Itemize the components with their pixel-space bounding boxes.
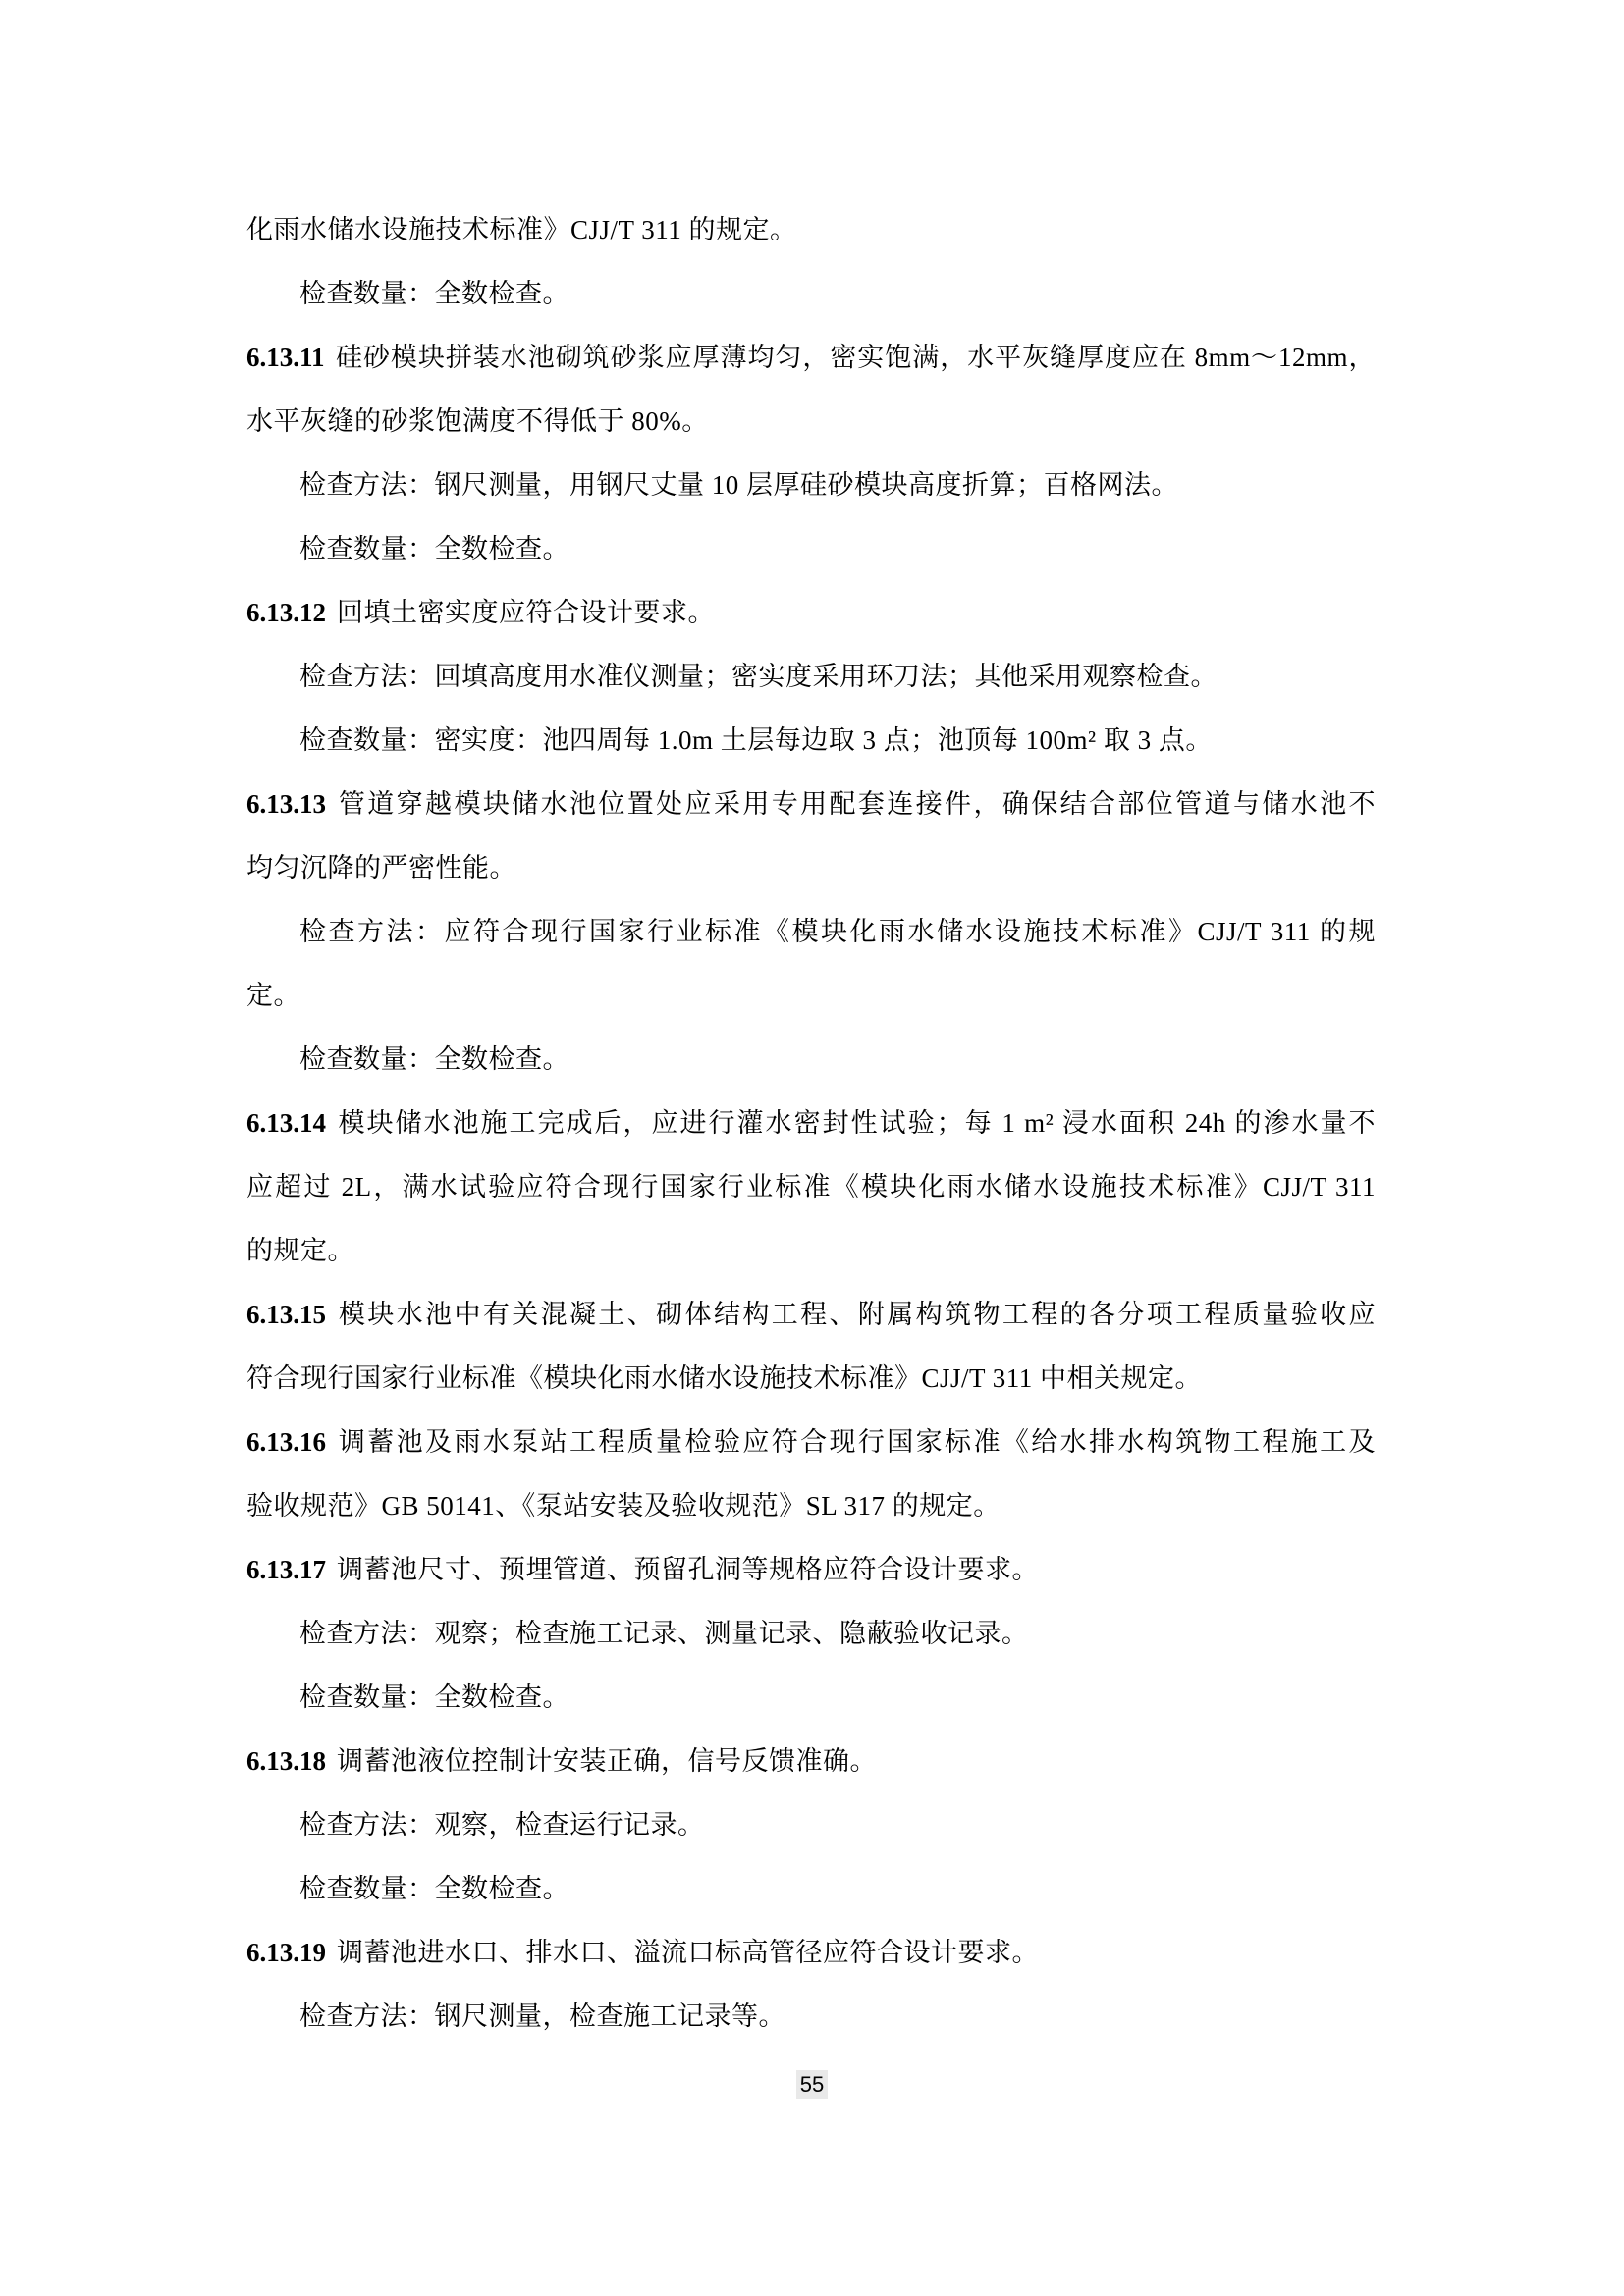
text-line: 6.13.15模块水池中有关混凝土、砌体结构工程、附属构筑物工程的各分项工程质量… [246, 1283, 1376, 1347]
line-text: 模块水池中有关混凝土、砌体结构工程、附属构筑物工程的各分项工程质量验收应 [337, 1300, 1376, 1329]
text-line: 检查数量：全数检查。 [246, 1666, 1376, 1730]
section-number: 6.13.15 [246, 1300, 326, 1329]
line-text: 应超过 2L，满水试验应符合现行国家行业标准《模块化雨水储水设施技术标准》CJJ… [246, 1172, 1376, 1201]
text-line: 检查数量：全数检查。 [246, 1857, 1376, 1921]
section-number: 6.13.11 [246, 343, 325, 372]
line-text: 验收规范》GB 50141、《泵站安装及验收规范》SL 317 的规定。 [246, 1491, 1001, 1521]
line-text: 调蓄池液位控制计安装正确，信号反馈准确。 [337, 1746, 877, 1776]
text-line: 6.13.13管道穿越模块储水池位置处应采用专用配套连接件，确保结合部位管道与储… [246, 773, 1376, 836]
line-text: 检查数量：全数检查。 [299, 1874, 569, 1903]
section-number: 6.13.16 [246, 1427, 326, 1457]
line-text: 硅砂模块拼装水池砌筑砂浆应厚薄均匀，密实饱满，水平灰缝厚度应在 8mm～12mm… [336, 343, 1376, 372]
line-text: 回填土密实度应符合设计要求。 [337, 598, 715, 627]
line-text: 检查数量：全数检查。 [299, 534, 569, 563]
section-number: 6.13.19 [246, 1938, 326, 1967]
text-line: 应超过 2L，满水试验应符合现行国家行业标准《模块化雨水储水设施技术标准》CJJ… [246, 1155, 1376, 1219]
text-line: 验收规范》GB 50141、《泵站安装及验收规范》SL 317 的规定。 [246, 1474, 1376, 1538]
line-text: 模块储水池施工完成后，应进行灌水密封性试验；每 1 m² 浸水面积 24h 的渗… [337, 1108, 1376, 1138]
text-line: 定。 [246, 964, 1376, 1028]
text-line: 检查方法：回填高度用水准仪测量；密实度采用环刀法；其他采用观察检查。 [246, 645, 1376, 709]
section-number: 6.13.14 [246, 1108, 326, 1138]
line-text: 化雨水储水设施技术标准》CJJ/T 311 的规定。 [246, 215, 797, 244]
line-text: 检查数量：全数检查。 [299, 1682, 569, 1712]
line-text: 管道穿越模块储水池位置处应采用专用配套连接件，确保结合部位管道与储水池不 [337, 789, 1376, 819]
section-number: 6.13.13 [246, 789, 326, 819]
text-line: 符合现行国家行业标准《模块化雨水储水设施技术标准》CJJ/T 311 中相关规定… [246, 1347, 1376, 1411]
line-text: 调蓄池及雨水泵站工程质量检验应符合现行国家标准《给水排水构筑物工程施工及 [337, 1427, 1376, 1457]
text-line: 检查数量：全数检查。 [246, 262, 1376, 326]
line-text: 检查方法：观察，检查运行记录。 [299, 1810, 705, 1840]
page-number: 55 [796, 2070, 828, 2099]
section-number: 6.13.17 [246, 1555, 326, 1584]
text-line: 检查数量：全数检查。 [246, 517, 1376, 581]
text-line: 6.13.16调蓄池及雨水泵站工程质量检验应符合现行国家标准《给水排水构筑物工程… [246, 1411, 1376, 1474]
text-line: 检查数量：密实度：池四周每 1.0m 土层每边取 3 点；池顶每 100m² 取… [246, 709, 1376, 773]
document-page: 化雨水储水设施技术标准》CJJ/T 311 的规定。检查数量：全数检查。6.13… [0, 0, 1624, 2296]
text-line: 检查方法：钢尺测量，用钢尺丈量 10 层厚硅砂模块高度折算；百格网法。 [246, 454, 1376, 517]
line-text: 检查方法：应符合现行国家行业标准《模块化雨水储水设施技术标准》CJJ/T 311… [299, 917, 1376, 946]
line-text: 调蓄池尺寸、预埋管道、预留孔洞等规格应符合设计要求。 [337, 1555, 1039, 1584]
text-line: 检查方法：钢尺测量，检查施工记录等。 [246, 1985, 1376, 2049]
line-text: 水平灰缝的砂浆饱满度不得低于 80%。 [246, 406, 709, 436]
line-text: 检查数量：全数检查。 [299, 1044, 569, 1074]
text-line: 6.13.18调蓄池液位控制计安装正确，信号反馈准确。 [246, 1730, 1376, 1793]
line-text: 检查方法：钢尺测量，用钢尺丈量 10 层厚硅砂模块高度折算；百格网法。 [299, 470, 1178, 500]
section-number: 6.13.12 [246, 598, 326, 627]
line-text: 调蓄池进水口、排水口、溢流口标高管径应符合设计要求。 [337, 1938, 1039, 1967]
text-line: 6.13.11硅砂模块拼装水池砌筑砂浆应厚薄均匀，密实饱满，水平灰缝厚度应在 8… [246, 326, 1376, 390]
section-number: 6.13.18 [246, 1746, 326, 1776]
text-line: 化雨水储水设施技术标准》CJJ/T 311 的规定。 [246, 198, 1376, 262]
text-line: 6.13.14模块储水池施工完成后，应进行灌水密封性试验；每 1 m² 浸水面积… [246, 1092, 1376, 1155]
text-line: 检查方法：观察，检查运行记录。 [246, 1793, 1376, 1857]
text-line: 6.13.12回填土密实度应符合设计要求。 [246, 581, 1376, 645]
line-text: 检查方法：回填高度用水准仪测量；密实度采用环刀法；其他采用观察检查。 [299, 662, 1218, 691]
page-footer: 55 [0, 2064, 1624, 2109]
line-text: 符合现行国家行业标准《模块化雨水储水设施技术标准》CJJ/T 311 中相关规定… [246, 1363, 1202, 1393]
text-line: 检查数量：全数检查。 [246, 1028, 1376, 1092]
line-text: 定。 [246, 981, 300, 1010]
line-text: 检查方法：观察；检查施工记录、测量记录、隐蔽验收记录。 [299, 1619, 1029, 1648]
text-line: 检查方法：观察；检查施工记录、测量记录、隐蔽验收记录。 [246, 1602, 1376, 1666]
line-text: 的规定。 [246, 1236, 354, 1265]
document-body: 化雨水储水设施技术标准》CJJ/T 311 的规定。检查数量：全数检查。6.13… [246, 198, 1376, 2049]
text-line: 均匀沉降的严密性能。 [246, 836, 1376, 900]
text-line: 的规定。 [246, 1219, 1376, 1283]
text-line: 水平灰缝的砂浆饱满度不得低于 80%。 [246, 390, 1376, 454]
text-line: 6.13.19调蓄池进水口、排水口、溢流口标高管径应符合设计要求。 [246, 1921, 1376, 1985]
line-text: 检查数量：密实度：池四周每 1.0m 土层每边取 3 点；池顶每 100m² 取… [299, 725, 1213, 755]
line-text: 均匀沉降的严密性能。 [246, 853, 516, 882]
text-line: 6.13.17调蓄池尺寸、预埋管道、预留孔洞等规格应符合设计要求。 [246, 1538, 1376, 1602]
line-text: 检查方法：钢尺测量，检查施工记录等。 [299, 2002, 785, 2031]
line-text: 检查数量：全数检查。 [299, 279, 569, 308]
text-line: 检查方法：应符合现行国家行业标准《模块化雨水储水设施技术标准》CJJ/T 311… [246, 900, 1376, 964]
